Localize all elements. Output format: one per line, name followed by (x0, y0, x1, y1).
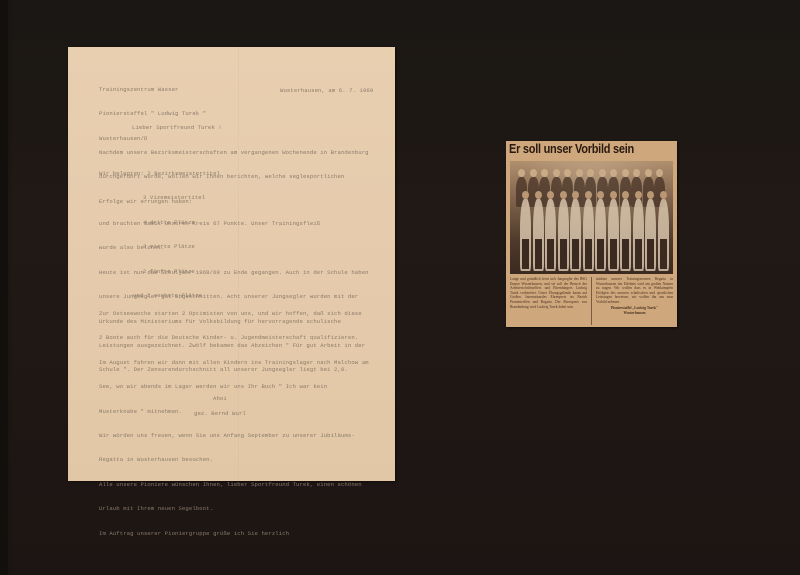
caption-right-text: stärkste unserer Trainingszentren Regatt… (596, 277, 673, 304)
person-figure (535, 239, 542, 269)
caption-credit: Pionierstaffel „Ludwig Turek" (596, 306, 673, 311)
dark-mounting-board: Trainingszentrum Wasser Pionierstaffel "… (0, 0, 800, 575)
letter-line: See, wo wir abends im Lager werden wir u… (99, 383, 369, 391)
person-figure (635, 191, 642, 199)
letter-line: Zur Ostseewoche starten 2 Optimisten von… (99, 310, 369, 318)
group-photo (510, 161, 673, 274)
results-intro: Wir belegten: 2 Bezirksmeistertitel (99, 170, 220, 178)
person-figure (622, 169, 629, 177)
person-figure (647, 191, 654, 199)
person-figure (597, 239, 604, 269)
person-figure (572, 191, 579, 199)
person-figure (599, 169, 606, 177)
column-divider (591, 277, 592, 325)
caption-column-left: Lange und gründlich freut sich Jungsegle… (510, 277, 587, 325)
letter-line: 2 Boote auch für die Deutsche Kinder- u.… (99, 334, 369, 342)
clipping-caption: Lange und gründlich freut sich Jungsegle… (510, 277, 673, 325)
person-figure (541, 169, 548, 177)
typed-letter: Trainingszentrum Wasser Pionierstaffel "… (68, 47, 395, 481)
letter-line: Regatta in Wusterhausen besuchen. (99, 456, 369, 464)
person-figure (530, 169, 537, 177)
newspaper-clipping: Er soll unser Vorbild sein Lange und grü… (506, 141, 677, 327)
person-figure (635, 239, 642, 269)
letter-closing: Ahoi (213, 395, 227, 403)
person-figure (647, 239, 654, 269)
person-figure (660, 191, 667, 199)
person-figure (560, 191, 567, 199)
person-figure (587, 169, 594, 177)
letter-signature: gez. Bernd Wurl (194, 410, 246, 418)
person-figure (622, 191, 629, 199)
person-figure (645, 169, 652, 177)
person-figure (610, 191, 617, 199)
letter-line: Im August fahren wir dann mit allen Kind… (99, 359, 369, 367)
letter-dateline: Wusterhausen, am 6. 7. 1969 (280, 87, 373, 95)
person-figure (572, 239, 579, 269)
result-item: 3 Vizemeistertitel (99, 194, 220, 202)
sender-line: Pionierstaffel " Ludwig Turek " (99, 110, 206, 118)
person-figure (610, 169, 617, 177)
person-figure (585, 239, 592, 269)
person-figure (585, 191, 592, 199)
person-figure (522, 191, 529, 199)
person-figure (522, 239, 529, 269)
letter-line: Wir würden uns freuen, wenn Sie uns Anfa… (99, 432, 369, 440)
person-figure (622, 239, 629, 269)
letter-line: Urlaub mit Ihrem neuen Segelboot. (99, 505, 369, 513)
person-figure (564, 169, 571, 177)
person-figure (553, 169, 560, 177)
person-figure (535, 191, 542, 199)
letter-line: Im Auftrag unserer Pioniergruppe grüße i… (99, 530, 369, 538)
caption-credit-place: Wusterhausen (596, 311, 673, 316)
person-figure (518, 169, 525, 177)
letter-line: und brachten damit unseren Kreis 67 Punk… (99, 220, 369, 228)
person-figure (656, 169, 663, 177)
caption-column-right: stärkste unserer Trainingszentren Regatt… (596, 277, 673, 325)
person-figure (576, 169, 583, 177)
person-figure (610, 239, 617, 269)
person-figure (547, 191, 554, 199)
letter-final-paragraph: Zur Ostseewoche starten 2 Optimisten von… (99, 294, 369, 554)
letter-line: Alle unsere Pioniere wünschen Ihnen, lie… (99, 481, 369, 489)
person-figure (547, 239, 554, 269)
letter-salutation: Lieber Sportfreund Turek ! (132, 124, 222, 132)
person-figure (633, 169, 640, 177)
letter-line: Heute ist nun das Schuljahr 1968/69 zu E… (99, 269, 369, 277)
sender-line: Trainingszentrum Wasser (99, 86, 206, 94)
clipping-headline: Er soll unser Vorbild sein (509, 142, 654, 156)
person-figure (597, 191, 604, 199)
letter-line: wurde also belohnt. (99, 244, 369, 252)
person-figure (660, 239, 667, 269)
person-figure (560, 239, 567, 269)
